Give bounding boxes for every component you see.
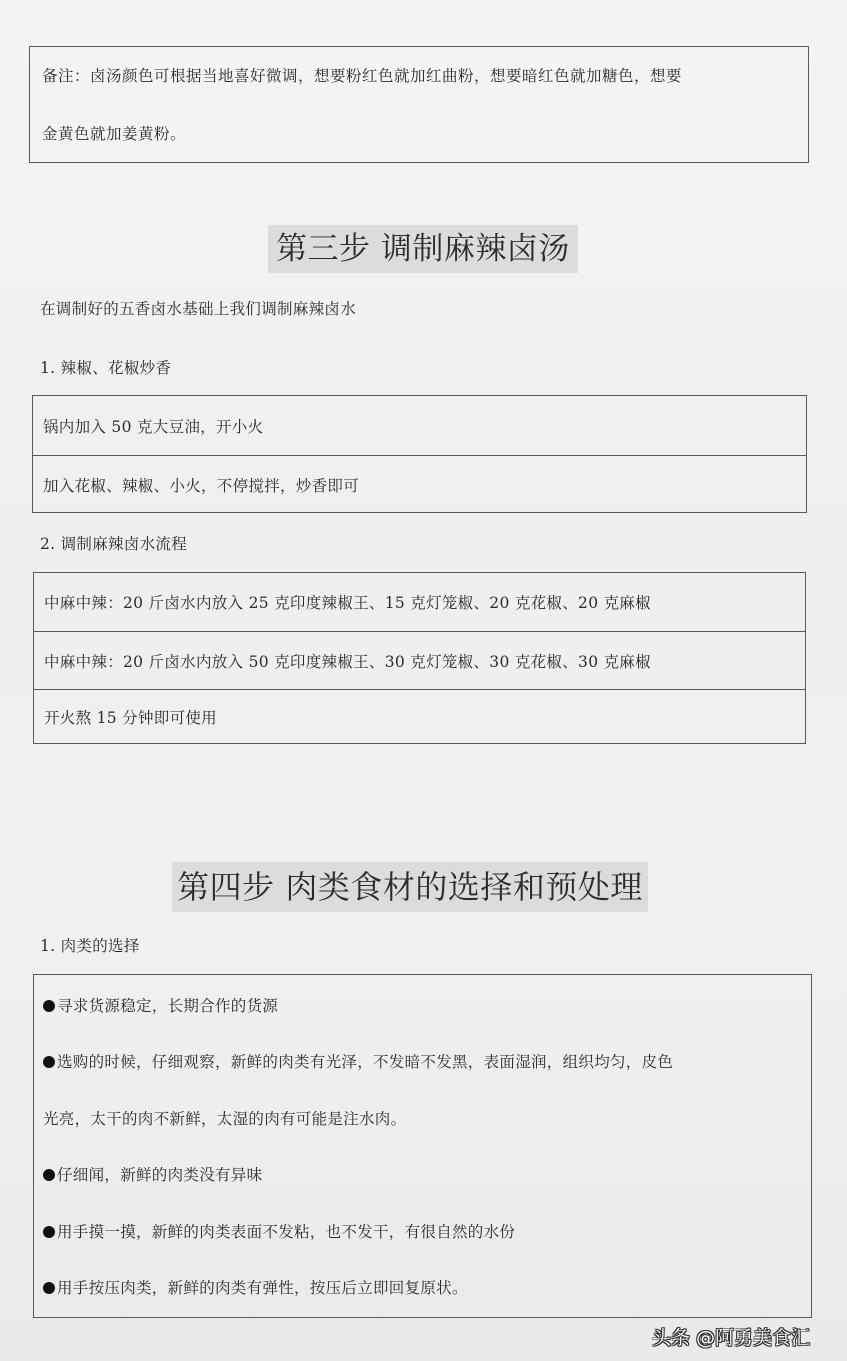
bullet-icon	[43, 1000, 55, 1012]
note-line-2: 金黄色就加姜黄粉。	[42, 105, 796, 163]
bullet-icon	[43, 1056, 55, 1068]
list-item: 用手摸一摸，新鲜的肉类表面不发粘，也不发干，有很自然的水份	[43, 1203, 801, 1261]
list-item-text: 寻求货源稳定，长期合作的货源	[57, 997, 278, 1015]
list-item-text: 用手按压肉类，新鲜的肉类有弹性，按压后立即回复原状。	[57, 1279, 468, 1297]
step4-heading: 第四步 肉类食材的选择和预处理	[172, 862, 648, 912]
table-row: 加入花椒、辣椒、小火，不停搅拌，炒香即可	[33, 455, 806, 513]
bullet-icon	[43, 1169, 55, 1181]
table-row: 锅内加入 50 克大豆油，开小火	[33, 396, 806, 455]
list-item-text: 仔细闻，新鲜的肉类没有异味	[57, 1166, 262, 1184]
step3-intro: 在调制好的五香卤水基础上我们调制麻辣卤水	[40, 297, 356, 319]
list-item-continuation: 光亮，太干的肉不新鲜，太湿的肉有可能是注水肉。	[43, 1090, 801, 1148]
bullet-icon	[43, 1226, 55, 1238]
watermark: 头条 @阿勇美食汇	[652, 1323, 810, 1350]
list-item-text: 选购的时候，仔细观察，新鲜的肉类有光泽，不发暗不发黑，表面湿润，组织均匀，皮色	[57, 1053, 673, 1071]
note-line-1: 备注：卤汤颜色可根据当地喜好微调，想要粉红色就加红曲粉，想要暗红色就加糖色，想要	[42, 47, 796, 105]
step4-bullet-box: 寻求货源稳定，长期合作的货源 选购的时候，仔细观察，新鲜的肉类有光泽，不发暗不发…	[33, 974, 812, 1318]
list-item: 寻求货源稳定，长期合作的货源	[43, 977, 801, 1035]
list-item-text: 光亮，太干的肉不新鲜，太湿的肉有可能是注水肉。	[43, 1110, 406, 1128]
table-row: 中麻中辣：20 斤卤水内放入 50 克印度辣椒王、30 克灯笼椒、30 克花椒、…	[34, 631, 805, 689]
list-item: 选购的时候，仔细观察，新鲜的肉类有光泽，不发暗不发黑，表面湿润，组织均匀，皮色	[43, 1033, 801, 1091]
step3-heading: 第三步 调制麻辣卤汤	[268, 225, 578, 273]
table-row: 中麻中辣：20 斤卤水内放入 25 克印度辣椒王、15 克灯笼椒、20 克花椒、…	[34, 573, 805, 631]
list-item: 用手按压肉类，新鲜的肉类有弹性，按压后立即回复原状。	[43, 1259, 801, 1317]
bullet-icon	[43, 1282, 55, 1294]
list-item: 仔细闻，新鲜的肉类没有异味	[43, 1146, 801, 1204]
step3-sub1-table: 锅内加入 50 克大豆油，开小火 加入花椒、辣椒、小火，不停搅拌，炒香即可	[32, 395, 807, 513]
step3-sub2-table: 中麻中辣：20 斤卤水内放入 25 克印度辣椒王、15 克灯笼椒、20 克花椒、…	[33, 572, 806, 744]
note-box: 备注：卤汤颜色可根据当地喜好微调，想要粉红色就加红曲粉，想要暗红色就加糖色，想要…	[29, 46, 809, 163]
table-row: 开火熬 15 分钟即可使用	[34, 689, 805, 744]
step3-sub2-title: 2. 调制麻辣卤水流程	[40, 532, 187, 554]
step4-sub1-title: 1. 肉类的选择	[40, 934, 140, 956]
step3-sub1-title: 1. 辣椒、花椒炒香	[40, 356, 171, 378]
list-item-text: 用手摸一摸，新鲜的肉类表面不发粘，也不发干，有很自然的水份	[57, 1223, 515, 1241]
